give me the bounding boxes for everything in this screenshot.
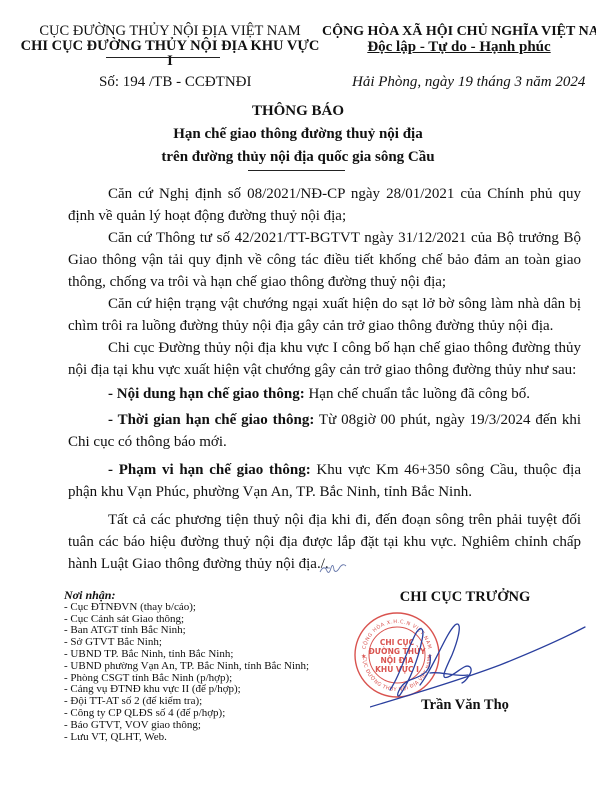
issuing-agency-block: CỤC ĐƯỜNG THỦY NỘI ĐỊA VIỆT NAM CHI CỤC … (20, 24, 320, 69)
restriction-scope-label: - Phạm vi hạn chế giao thông: (108, 462, 311, 478)
recipient-item: - UBND phường Vạn An, TP. Bắc Ninh, tỉnh… (64, 661, 309, 673)
issuing-agency: CHI CỤC ĐƯỜNG THỦY NỘI ĐỊA KHU VỰC I (20, 39, 320, 69)
place-and-date: Hải Phòng, ngày 19 tháng 3 năm 2024 (352, 74, 585, 91)
national-motto: Độc lập - Tự do - Hạnh phúc (322, 39, 596, 55)
restriction-scope: - Phạm vi hạn chế giao thông: Khu vực Km… (68, 459, 581, 503)
restriction-content: - Nội dung hạn chế giao thông: Hạn chế c… (68, 383, 581, 405)
recipient-item: - Lưu VT, QLHT, Web. (64, 732, 309, 744)
initials-mark (318, 558, 348, 578)
document-number: Số: 194 /TB - CCĐTNĐI (99, 74, 252, 91)
announcement-intro: Chi cục Đường thủy nội địa khu vực I côn… (68, 337, 581, 381)
legal-basis-3: Căn cứ hiện trạng vật chướng ngại xuất h… (68, 293, 581, 337)
agency-divider (106, 57, 220, 58)
document-title: THÔNG BÁO (0, 103, 596, 120)
signer-name: Trần Văn Thọ (360, 697, 570, 714)
title-divider (248, 170, 345, 171)
recipient-item: - Công ty CP QLĐS số 4 (để p/hợp); (64, 708, 309, 720)
document-body: Căn cứ Nghị định số 08/2021/NĐ-CP ngày 2… (68, 183, 581, 575)
restriction-content-text: Hạn chế chuẩn tắc luồng đã công bố. (305, 386, 530, 402)
legal-basis-2: Căn cứ Thông tư số 42/2021/TT-BGTVT ngày… (68, 227, 581, 293)
signer-title: CHI CỤC TRƯỞNG (360, 589, 570, 606)
document-subtitle-line1: Hạn chế giao thông đường thuỷ nội địa (0, 126, 596, 143)
recipient-item: - UBND TP. Bắc Ninh, tỉnh Bắc Ninh; (64, 649, 309, 661)
recipients-block: Nơi nhận: - Cục ĐTNĐVN (thay b/cáo); - C… (64, 590, 309, 743)
parent-agency: CỤC ĐƯỜNG THỦY NỘI ĐỊA VIỆT NAM (20, 24, 320, 39)
restriction-time: - Thời gian hạn chế giao thông: Từ 08giờ… (68, 409, 581, 453)
legal-basis-1: Căn cứ Nghị định số 08/2021/NĐ-CP ngày 2… (68, 183, 581, 227)
restriction-time-label: - Thời gian hạn chế giao thông: (108, 412, 314, 428)
svg-text:★: ★ (361, 653, 366, 660)
recipient-item: - Cục ĐTNĐVN (thay b/cáo); (64, 602, 309, 614)
national-header-block: CỘNG HÒA XÃ HỘI CHỦ NGHĨA VIỆT NAM Độc l… (322, 24, 596, 55)
recipient-item: - Báo GTVT, VOV giao thông; (64, 720, 309, 732)
document-subtitle-line2: trên đường thủy nội địa quốc gia sông Cầ… (0, 149, 596, 166)
restriction-content-label: - Nội dung hạn chế giao thông: (108, 386, 305, 402)
nation-name: CỘNG HÒA XÃ HỘI CHỦ NGHĨA VIỆT NAM (322, 24, 596, 39)
